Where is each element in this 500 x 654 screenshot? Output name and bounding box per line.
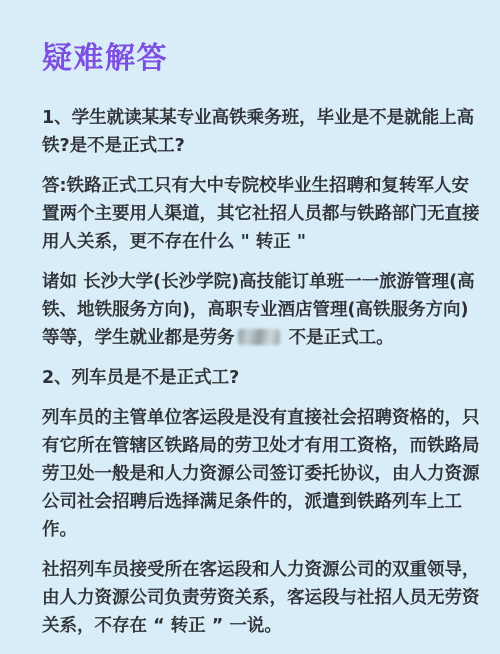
answer-1-examples: 诸如 长沙大学(长沙学院)高技能订单班一一旅游管理(高铁、地铁服务方向)，高职专…: [42, 268, 482, 352]
faq-page: 疑难解答 1、学生就读某某专业高铁乘务班，毕业是不是就能上高铁?是不是正式工? …: [0, 0, 500, 654]
question-1: 1、学生就读某某专业高铁乘务班，毕业是不是就能上高铁?是不是正式工?: [42, 104, 482, 160]
faq-body: 1、学生就读某某专业高铁乘务班，毕业是不是就能上高铁?是不是正式工? 答:铁路正…: [42, 104, 482, 640]
page-title: 疑难解答: [42, 42, 482, 76]
answer-1: 答:铁路正式工只有大中专院校毕业生招聘和复转军人安置两个主要用人渠道，其它社招人…: [42, 172, 482, 256]
question-2: 2、列车员是不是正式工?: [42, 364, 482, 392]
answer-2: 列车员的主管单位客运段是没有直接社会招聘资格的，只有它所在管辖区铁路局的劳卫处才…: [42, 404, 482, 544]
redacted-blur-smudge: [238, 329, 280, 345]
answer-2-note: 社招列车员接受所在客运段和人力资源公司的双重领导，由人力资源公司负责劳资关系，客…: [42, 556, 482, 640]
answer-1-examples-text-after: 不是正式工。: [283, 328, 394, 348]
